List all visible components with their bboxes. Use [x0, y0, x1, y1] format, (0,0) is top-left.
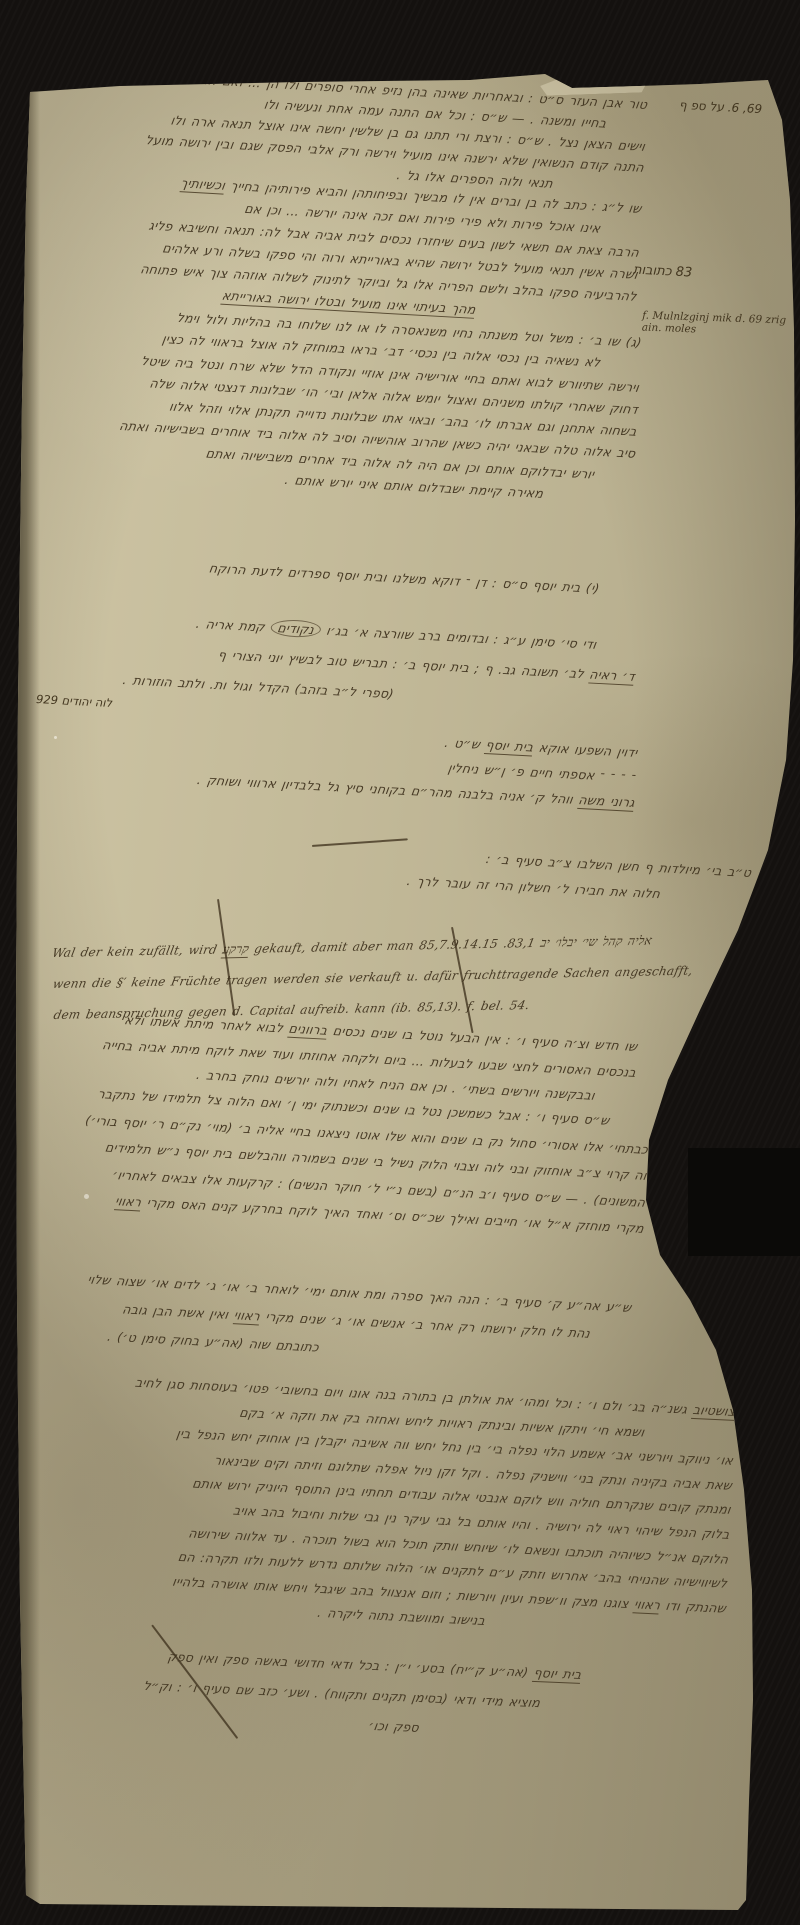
text-run: קמת אריה .	[195, 616, 272, 635]
underlined-text: וכשיותיך	[179, 175, 226, 194]
underlined-text: בית יוסף	[484, 737, 535, 756]
margin-note-83: 83 כתובות	[632, 262, 692, 280]
circled-text: נקודים	[269, 619, 322, 639]
underlined-text: ראווי	[114, 1193, 143, 1211]
text-run: ש״ט .	[443, 735, 487, 752]
underlined-text: ד׳ ראיה	[588, 667, 636, 686]
margin-note-929: לוה יהודים 929	[36, 692, 113, 710]
margin-note-top-right: 69, 6. על ספ ף	[679, 98, 763, 116]
text-run: לבוא לאחר מיתת אשתו ולא	[123, 1012, 290, 1035]
paper-speck	[54, 736, 57, 739]
manuscript-page: 27 69, 6. על ספ ף 83 כתובות f. Mulnlzgin…	[0, 0, 800, 1925]
text-run: ידוין השפעו אוקא	[532, 740, 639, 760]
final-block: בית יוסף (אה״ע ק״יח) בסע׳ י״ן : בכל ודאי…	[0, 1631, 582, 1750]
header-line: ט״ב בי׳ מיולדות ף חשן השלבו צ״ב סעיף ב׳ …	[90, 825, 752, 911]
text-run: שהנתק ודו	[659, 1597, 727, 1615]
paragraph-11: צושטיוב גשנ״ה בג׳ ולם ו׳ : וכל ומהו׳ את …	[65, 1368, 736, 1646]
underlined-text: ראווי	[232, 1307, 261, 1325]
text-run: ואין אשת הבן גובה	[121, 1301, 235, 1322]
text-run: Wal der kein zufällt, wird	[51, 942, 224, 960]
paper-speck	[84, 1194, 89, 1199]
block-5: ידוין השפעו אוקא בית יוסף ש״ט .־ ־ ־ ־ א…	[0, 705, 638, 814]
paragraph-3: (ג) שו ב׳ : משל וטל משנתה נחיו משנאסרה ל…	[0, 296, 642, 510]
underlined-text: בית יוסף	[532, 1665, 582, 1684]
ink-dot	[604, 56, 608, 60]
ink-dot	[625, 46, 628, 49]
photograph-background: 27 69, 6. על ספ ף 83 כתובות f. Mulnlzgin…	[0, 0, 800, 1925]
margin-note-german: f. Mulnlzginj mik d. 69 zrig ain. moles	[642, 309, 787, 338]
underlined-text: גרוני משה	[577, 792, 636, 812]
text-run: gekauft, damit aber man אליה קהל שי׳ יבל…	[248, 933, 654, 955]
paragraph-10: ש״ע אה״ע ק׳ סעיף ב׳ : הנה האך ספרה ומת א…	[0, 1259, 632, 1377]
underlined-text: ראווי	[633, 1596, 662, 1614]
manuscript-line: (י) בית יוסף ס״ס : דן ־ דוקא משלנו ובית …	[0, 542, 602, 604]
page-number: 27	[533, 37, 582, 79]
underlined-text: צושטיוב	[691, 1402, 736, 1421]
underlined-text: ברוונים	[287, 1021, 329, 1040]
backdrop-seam	[688, 1148, 800, 1256]
